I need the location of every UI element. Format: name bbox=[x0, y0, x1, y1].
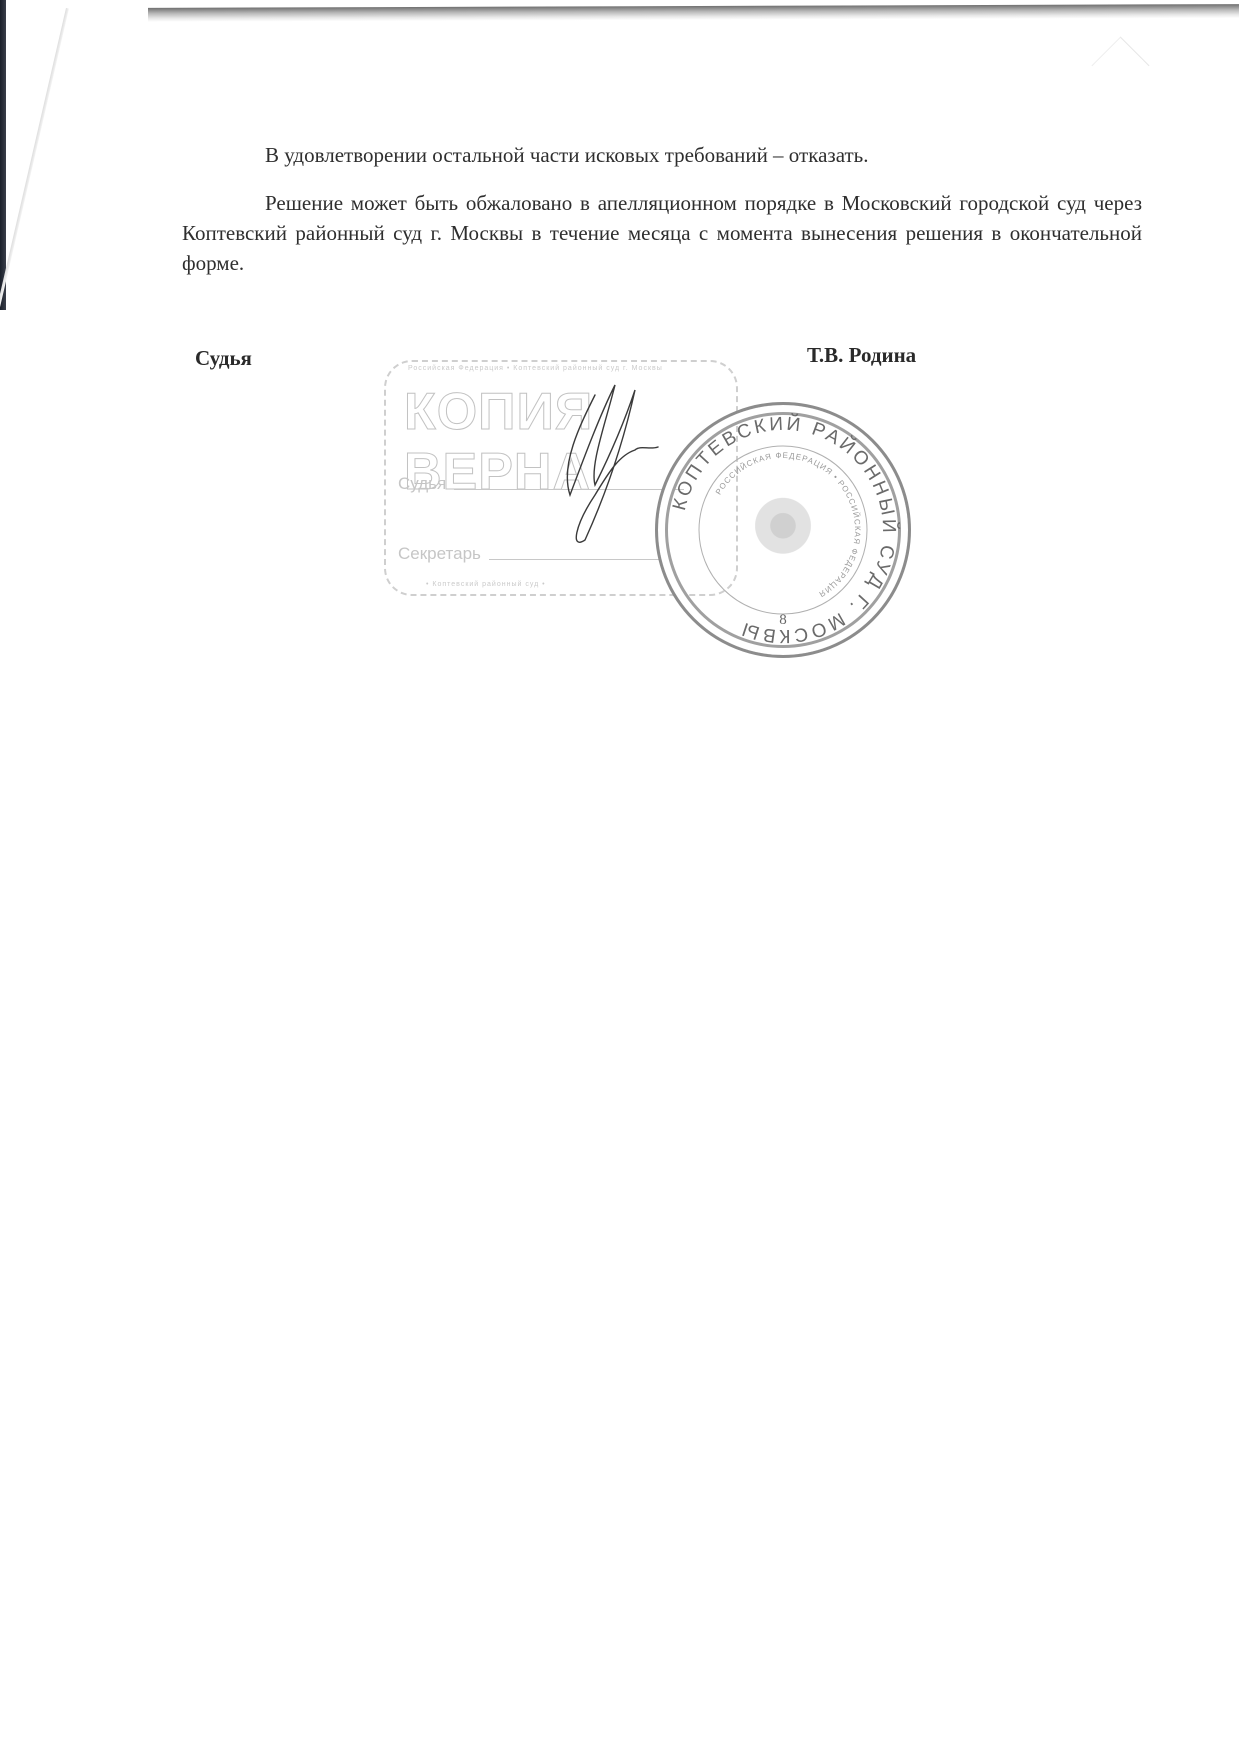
stamp-secretary-label: Секретарь bbox=[398, 544, 481, 564]
paragraph-appeal: Решение может быть обжаловано в апелляци… bbox=[182, 188, 1142, 278]
judge-name: Т.В. Родина bbox=[807, 343, 916, 368]
scan-fold-line bbox=[0, 8, 69, 316]
stamp-border-text-bottom: • Коптевский районный суд • bbox=[426, 581, 546, 588]
scan-edge-top bbox=[148, 4, 1239, 22]
scan-edge-left bbox=[0, 0, 6, 310]
stamp-judge-label: Судья bbox=[398, 474, 446, 494]
stamp-secretary-line bbox=[489, 559, 669, 560]
paragraph-dismissal: В удовлетворении остальной части исковых… bbox=[265, 140, 869, 170]
court-seal: КОПТЕВСКИЙ РАЙОННЫЙ СУД Г. МОСКВЫ РОССИЙ… bbox=[655, 402, 911, 658]
judge-label: Судья bbox=[195, 346, 252, 371]
seal-number: 8 bbox=[658, 612, 908, 629]
double-headed-eagle-icon bbox=[738, 483, 828, 578]
scan-artifact bbox=[1092, 37, 1150, 95]
stamp-border-text-top: Российская Федерация • Коптевский районн… bbox=[408, 365, 663, 372]
handwritten-signature bbox=[540, 375, 660, 555]
